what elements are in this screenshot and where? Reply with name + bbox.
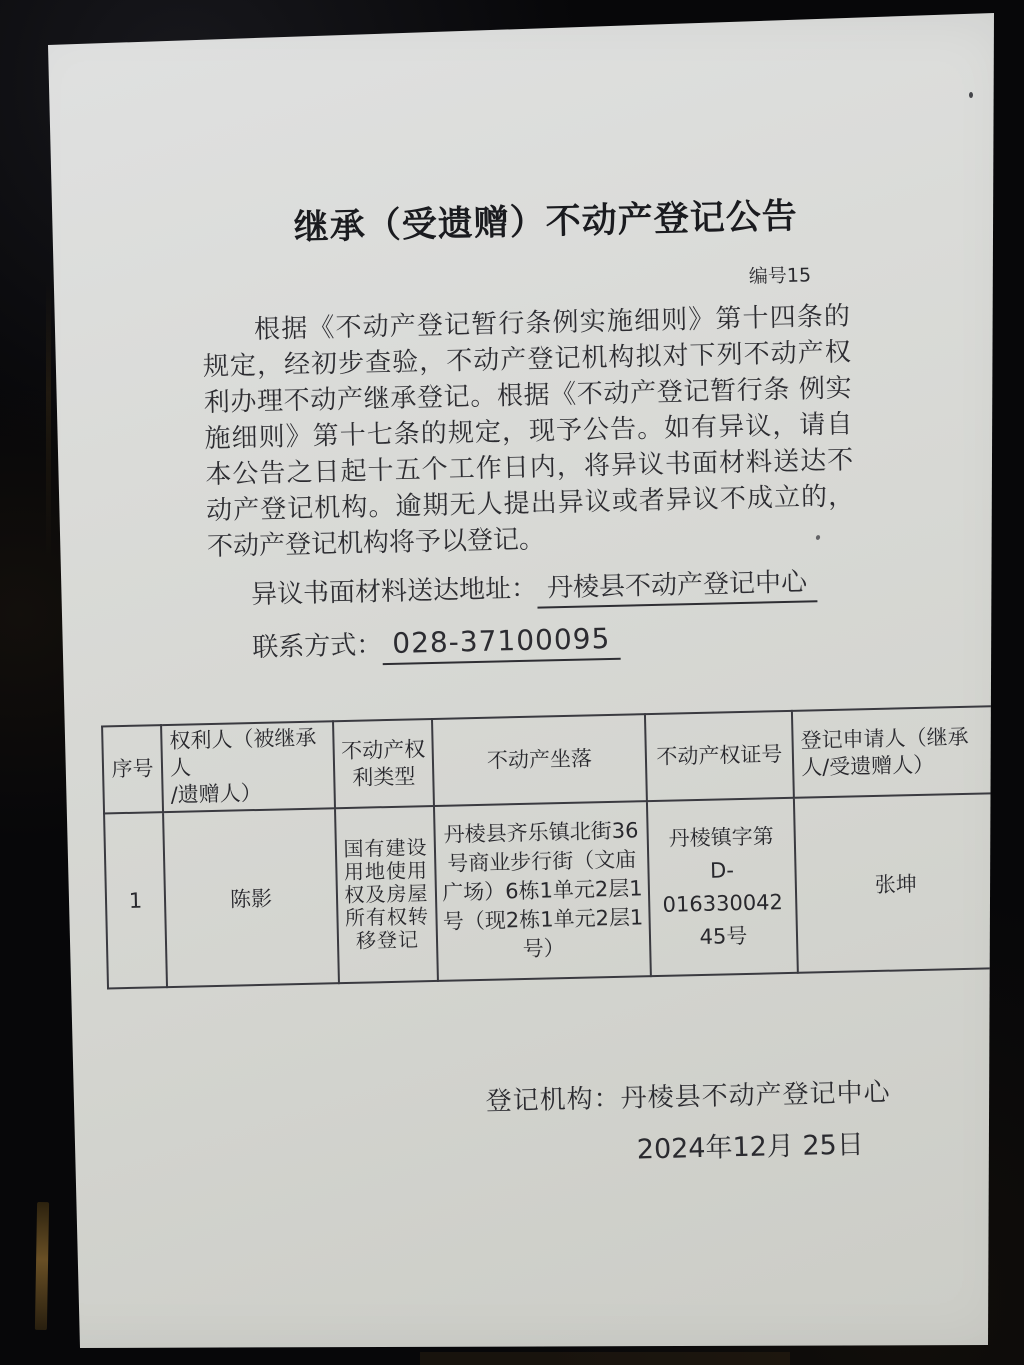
col-header-right-type: 不动产权 利类型 xyxy=(333,719,434,808)
footer-agency: 登记机构：丹棱县不动产登记中心 xyxy=(485,1069,1000,1118)
address-line: 异议书面材料送达地址：丹棱县不动产登记中心 xyxy=(251,557,989,611)
cell-applicant: 张坤 xyxy=(794,793,998,972)
address-value: 丹棱县不动产登记中心 xyxy=(537,567,818,608)
wood-edge-glint-faint xyxy=(46,280,51,560)
col-header-applicant: 登记申请人（继承 人/受遗赠人） xyxy=(792,706,994,798)
col-header-owner: 权利人（被继承人 /遗赠人） xyxy=(161,721,335,812)
page-title: 继承（受遗赠）不动产登记公告 xyxy=(111,184,980,254)
cell-cert-number: 丹棱镇字第 D-016330042 45号 xyxy=(647,798,798,976)
contact-line: 联系方式：028-37100095 xyxy=(252,610,990,664)
col-header-cert-number: 不动产权证号 xyxy=(645,711,794,801)
doc-number: 编号15 xyxy=(41,260,811,304)
table-row: 1 陈影 国有建设 用地使用 权及房屋 所有权转 移登记 丹棱县齐乐镇北街36 … xyxy=(104,793,998,988)
floor-shadow-band xyxy=(420,1352,790,1365)
col-header-location: 不动产坐落 xyxy=(432,714,647,806)
contact-value: 028-37100095 xyxy=(382,622,621,665)
contact-label: 联系方式： xyxy=(252,630,383,663)
cell-location: 丹棱县齐乐镇北街36 号商业步行街（文庙 广场）6栋1单元2层1 号（现2栋1单… xyxy=(434,801,651,981)
notice-body-paragraph: 根据《不动产登记暂行条例实施细则》第十四条的规定，经初步查验，不动产登记机构拟对… xyxy=(202,298,856,565)
cell-owner: 陈影 xyxy=(163,808,339,987)
wood-edge-glint xyxy=(35,1202,49,1330)
footer-date: 2024年12月 25日 xyxy=(636,1119,1001,1166)
registration-table: 序号 权利人（被继承人 /遗赠人） 不动产权 利类型 不动产坐落 不动产权证号 … xyxy=(101,705,999,989)
paper-sheet: 继承（受遗赠）不动产登记公告 编号15 根据《不动产登记暂行条例实施细则》第十四… xyxy=(0,0,1024,1365)
col-header-index: 序号 xyxy=(102,725,163,813)
photo-canvas: { "colors": { "background": "#070709", "… xyxy=(0,0,1024,1365)
cell-index: 1 xyxy=(104,812,167,988)
document-content: 继承（受遗赠）不动产登记公告 编号15 根据《不动产登记暂行条例实施细则》第十四… xyxy=(35,14,1005,1355)
cell-right-type: 国有建设 用地使用 权及房屋 所有权转 移登记 xyxy=(335,806,438,983)
address-label: 异议书面材料送达地址： xyxy=(251,574,538,610)
